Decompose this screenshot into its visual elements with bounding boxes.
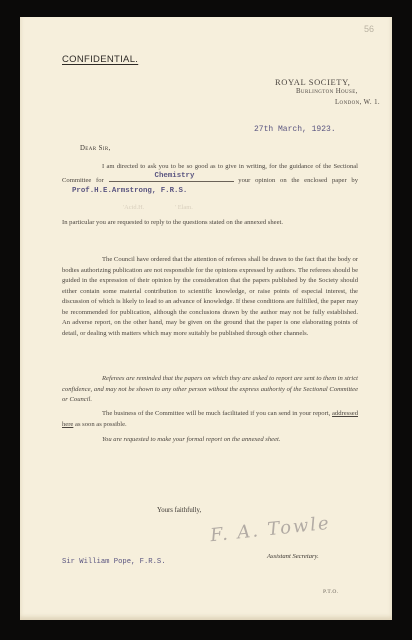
faint-pencil-mark: 'Acid.H. xyxy=(123,204,144,211)
paragraph-formal-report: You are requested to make your formal re… xyxy=(62,435,358,446)
closing: Yours faithfully, xyxy=(157,507,201,514)
handwritten-signature: F. A. Towle xyxy=(209,513,331,547)
salutation: Dear Sir, xyxy=(80,145,111,152)
paper-author: Prof.H.E.Armstrong, F.R.S. xyxy=(72,187,187,195)
committee-field: Chemistry xyxy=(109,173,234,182)
letter-page: 56 CONFIDENTIAL. ROYAL SOCIETY, Burlingt… xyxy=(20,17,392,620)
folio-number: 56 xyxy=(364,24,374,34)
paragraph-send-report: The business of the Committee will be mu… xyxy=(62,409,358,430)
paragraph-request-text-b: your opinion on the enclosed paper by xyxy=(238,177,358,184)
paragraph-council-guidance: The Council have ordered that the attent… xyxy=(62,255,358,339)
paragraph-questions: In particular you are requested to reply… xyxy=(62,218,358,229)
recipient-name: Sir William Pope, F.R.S. xyxy=(62,558,166,566)
paragraph-send-report-text-a: The business of the Committee will be mu… xyxy=(102,410,330,417)
please-turn-over: P.T.O. xyxy=(323,589,338,595)
paragraph-send-report-text-b: as soon as possible. xyxy=(75,421,127,428)
committee-value: Chemistry xyxy=(115,171,195,182)
letterhead-address-line1: Burlington House, xyxy=(296,88,358,95)
paragraph-request: I am directed to ask you to be so good a… xyxy=(62,162,358,197)
faint-pencil-mark: ' Elam. xyxy=(175,204,193,211)
signatory-title: Assistant Secretary. xyxy=(267,553,319,560)
letterhead-address-line2: London, W. 1. xyxy=(335,99,380,106)
paragraph-confidentiality: Referees are reminded that the papers on… xyxy=(62,374,358,406)
letter-date: 27th March, 1923. xyxy=(254,125,336,134)
confidential-marking: CONFIDENTIAL. xyxy=(62,54,138,65)
letterhead-organization: ROYAL SOCIETY, xyxy=(275,77,350,87)
